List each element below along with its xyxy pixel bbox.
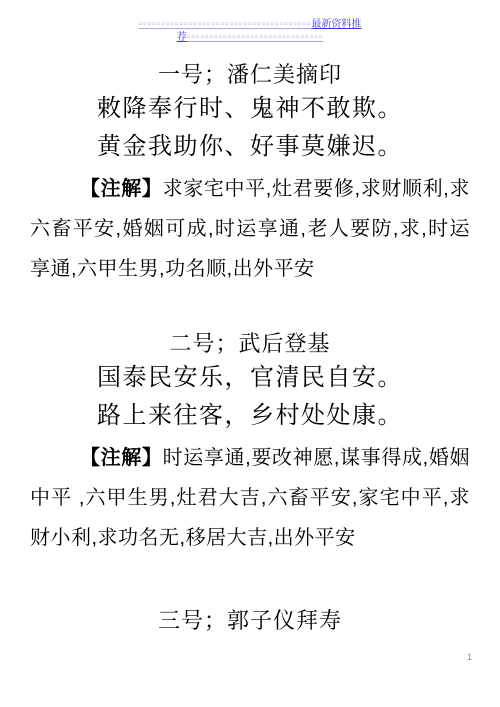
header-link-text-wrap[interactable]: 荐 (177, 32, 187, 43)
document-page: ▫▫▫▫▫▫▫▫▫▫▫▫▫▫▫▫▫▫▫▫▫▫▫▫▫▫▫▫▫▫▫▫▫▫▫▫▫▫最新… (0, 0, 500, 707)
sign-title: 二号；武后登基 (30, 329, 470, 359)
link-leader-dots: ▫▫▫▫▫▫▫▫▫▫▫▫▫▫▫▫▫▫▫▫▫▫▫▫▫▫▫▫▫▫▫▫▫▫▫▫▫▫ (139, 19, 312, 30)
header-link-line2[interactable]: 荐▫▫▫▫▫▫▫▫▫▫▫▫▫▫▫▫▫▫▫▫▫▫▫▫▫▫▫▫▫▫ (30, 31, 470, 44)
sign-title: 三号；郭子仪拜寿 (30, 606, 470, 636)
poem-line: 敕降奉行时、鬼神不敢欺。 (30, 90, 470, 128)
page-number: 1 (467, 652, 472, 662)
poem-line: 黄金我助你、好事莫嫌迟。 (30, 128, 470, 166)
note-paragraph: 【注解】时运享通,要改神愿,谋事得成,婚姻中平 ,六甲生男,灶君大吉,六畜平安,… (30, 438, 470, 558)
poem-line: 国泰民安乐，官清民自安。 (30, 359, 470, 397)
header-link[interactable]: ▫▫▫▫▫▫▫▫▫▫▫▫▫▫▫▫▫▫▫▫▫▫▫▫▫▫▫▫▫▫▫▫▫▫▫▫▫▫最新… (30, 18, 470, 44)
header-link-line1[interactable]: ▫▫▫▫▫▫▫▫▫▫▫▫▫▫▫▫▫▫▫▫▫▫▫▫▫▫▫▫▫▫▫▫▫▫▫▫▫▫最新… (30, 18, 470, 31)
sign-section-1: 一号；潘仁美摘印 敕降奉行时、鬼神不敢欺。 黄金我助你、好事莫嫌迟。 【注解】求… (30, 60, 470, 289)
sign-title: 一号；潘仁美摘印 (30, 60, 470, 90)
link-leader-dots: ▫▫▫▫▫▫▫▫▫▫▫▫▫▫▫▫▫▫▫▫▫▫▫▫▫▫▫▫▫▫ (187, 32, 323, 43)
poem-line: 路上来往客，乡村处处康。 (30, 397, 470, 435)
sign-section-2: 二号；武后登基 国泰民安乐，官清民自安。 路上来往客，乡村处处康。 【注解】时运… (30, 329, 470, 558)
note-label: 【注解】 (80, 178, 163, 200)
note-paragraph: 【注解】求家宅中平,灶君要修,求财顺利,求六畜平安,婚姻可成,时运享通,老人要防… (30, 169, 470, 289)
header-link-text[interactable]: 最新资料推 (311, 19, 361, 30)
note-label: 【注解】 (80, 447, 163, 469)
sign-section-3: 三号；郭子仪拜寿 (30, 606, 470, 636)
